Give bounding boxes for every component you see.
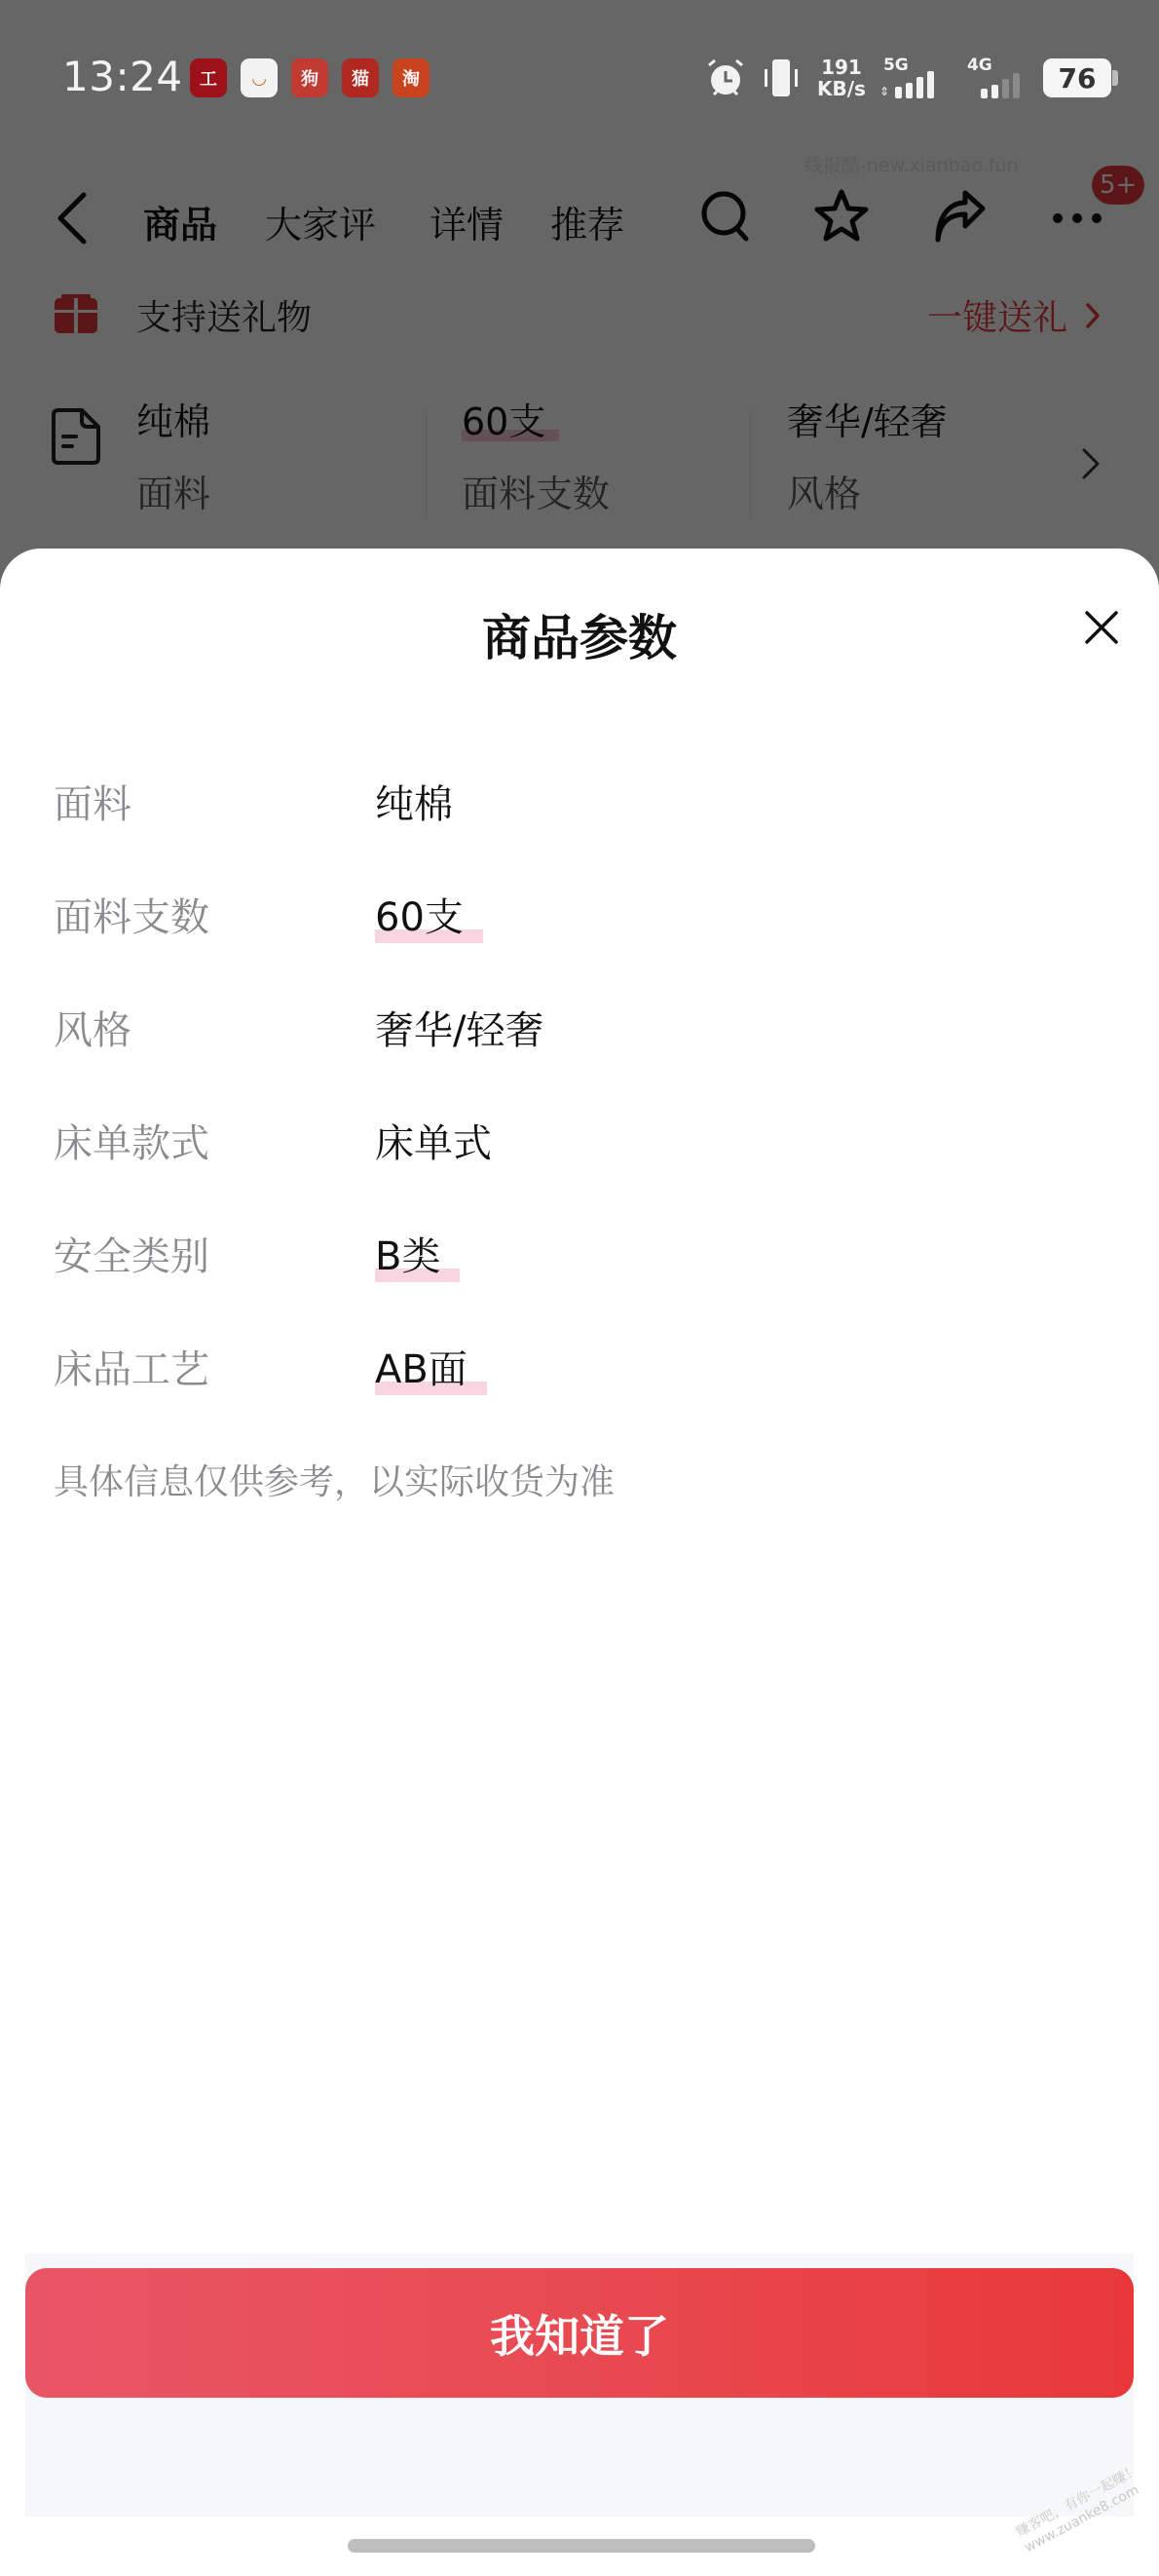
tmall-app-icon: 猫 — [342, 58, 379, 97]
param-label: 床单款式 — [54, 1115, 209, 1173]
param-label: 面料支数 — [54, 889, 209, 947]
param-list: 面料 纯棉 面料支数 60支 风格 奢华/轻奢 床单款式 床单式 安全类别 B类… — [0, 768, 1159, 1446]
param-row: 面料支数 60支 — [0, 881, 1159, 994]
param-value: 床单式 — [375, 1115, 492, 1173]
vibrate-icon — [759, 57, 804, 98]
signal-4g-icon: 4G — [967, 57, 1029, 98]
net-speed-value: 191 — [821, 57, 862, 78]
param-value: 纯棉 — [375, 776, 453, 834]
notification-app-icons: 工 ◡ 狗 猫 淘 — [190, 58, 430, 97]
param-value: B类 — [375, 1228, 460, 1286]
param-row: 面料 纯棉 — [0, 768, 1159, 881]
param-row: 风格 奢华/轻奢 — [0, 994, 1159, 1107]
network-type-label: 5G — [883, 56, 909, 75]
net-speed-unit: KB/s — [817, 78, 866, 99]
didi-app-icon: ◡ — [241, 58, 278, 97]
close-icon[interactable] — [1079, 605, 1124, 650]
icbc-app-icon: 工 — [190, 58, 227, 97]
home-indicator[interactable] — [348, 2539, 815, 2553]
param-row: 安全类别 B类 — [0, 1220, 1159, 1333]
param-label: 安全类别 — [54, 1228, 209, 1286]
disclaimer-note: 具体信息仅供参考，以实际收货为准 — [54, 1455, 615, 1504]
clock: 13:24 — [62, 53, 183, 100]
battery-icon: 76 — [1043, 58, 1111, 97]
param-label: 面料 — [54, 776, 131, 834]
got-it-button[interactable]: 我知道了 — [25, 2268, 1134, 2398]
param-value: 60支 — [375, 889, 483, 947]
param-value: 奢华/轻奢 — [375, 1002, 543, 1060]
sheet-title: 商品参数 — [0, 599, 1159, 669]
sheet-footer: 我知道了 — [25, 2254, 1134, 2517]
param-row: 床单款式 床单式 — [0, 1107, 1159, 1220]
product-params-sheet: 商品参数 面料 纯棉 面料支数 60支 风格 奢华/轻奢 床单款式 床单式 安全… — [0, 549, 1159, 2576]
taobao-app-icon: 淘 — [393, 58, 430, 97]
status-bar: 13:24 工 ◡ 狗 猫 淘 191 KB/s 5G ⇕ — [0, 0, 1159, 136]
status-indicators: 191 KB/s 5G ⇕ 4G 76 — [706, 54, 1111, 102]
param-label: 床品工艺 — [54, 1341, 209, 1399]
param-row: 床品工艺 AB面 — [0, 1333, 1159, 1446]
signal-5g-icon: 5G ⇕ — [879, 57, 953, 98]
jd-app-icon: 狗 — [291, 58, 328, 97]
param-label: 风格 — [54, 1002, 131, 1060]
alarm-icon — [706, 57, 745, 98]
network-type-label: 4G — [967, 56, 992, 75]
network-speed: 191 KB/s — [817, 57, 866, 99]
param-value: AB面 — [375, 1341, 487, 1399]
